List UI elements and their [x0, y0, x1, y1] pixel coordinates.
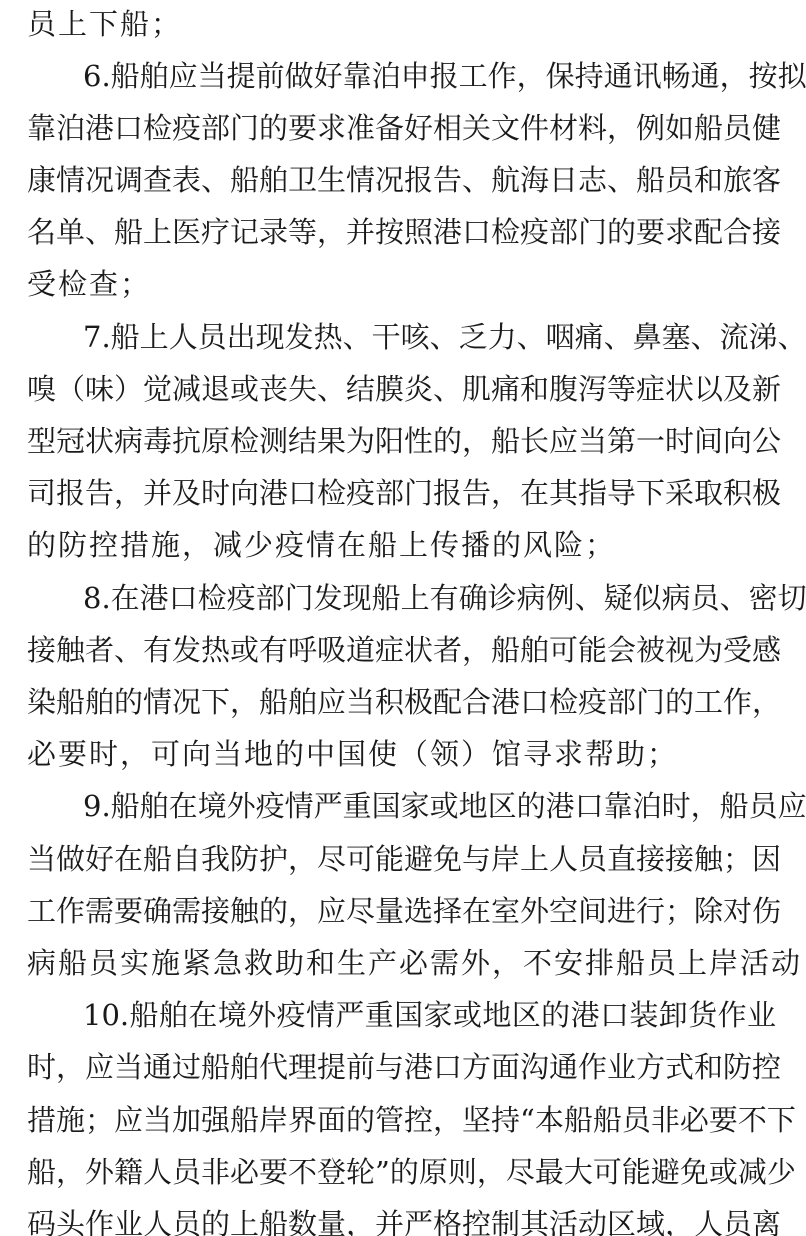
paragraph-8-start: 8.在港口检疫部门发现船上有确诊病例、疑似病员、密切 — [83, 578, 776, 618]
text-line: 病船员实施紧急救助和生产必需外，不安排船员上岸活动； — [27, 943, 776, 983]
text-line: 必要时，可向当地的中国使（领）馆寻求帮助； — [27, 734, 776, 774]
paragraph-7-start: 7.船上人员出现发热、干咳、乏力、咽痛、鼻塞、流涕、 — [83, 317, 776, 357]
text-line: 染船舶的情况下，船舶应当积极配合港口检疫部门的工作， — [27, 682, 776, 722]
text-line: 时，应当通过船舶代理提前与港口方面沟通作业方式和防控 — [27, 1047, 776, 1087]
paragraph-10-start: 10.船舶在境外疫情严重国家或地区的港口装卸货作业 — [83, 995, 776, 1035]
text-line: 靠泊港口检疫部门的要求准备好相关文件材料，例如船员健 — [27, 108, 776, 148]
text-line: 名单、船上医疗记录等，并按照港口检疫部门的要求配合接 — [27, 212, 776, 252]
text-line: 受检查； — [27, 264, 776, 304]
text-line: 工作需要确需接触的，应尽量选择在室外空间进行；除对伤 — [27, 891, 776, 931]
text-line: 当做好在船自我防护，尽可能避免与岸上人员直接接触；因 — [27, 839, 776, 879]
text-line: 船，外籍人员非必要不登轮”的原则，尽最大可能避免或减少 — [27, 1152, 776, 1192]
text-line: 的防控措施，减少疫情在船上传播的风险； — [27, 525, 776, 565]
paragraph-6-start: 6.船舶应当提前做好靠泊申报工作，保持通讯畅通，按拟 — [83, 56, 776, 96]
text-line: 员上下船； — [27, 4, 776, 44]
text-line: 司报告，并及时向港口检疫部门报告，在其指导下采取积极 — [27, 473, 776, 513]
text-line: 康情况调查表、船舶卫生情况报告、航海日志、船员和旅客 — [27, 160, 776, 200]
document-page: 员上下船； 6.船舶应当提前做好靠泊申报工作，保持通讯畅通，按拟 靠泊港口检疫部… — [0, 0, 806, 1236]
paragraph-9-start: 9.船舶在境外疫情严重国家或地区的港口靠泊时，船员应 — [83, 786, 776, 826]
text-line: 措施；应当加强船岸界面的管控，坚持“本船船员非必要不下 — [27, 1100, 776, 1140]
text-line: 接触者、有发热或有呼吸道症状者，船舶可能会被视为受感 — [27, 630, 776, 670]
text-line: 码头作业人员的上船数量，并严格控制其活动区域，人员离 — [27, 1204, 776, 1236]
text-line: 型冠状病毒抗原检测结果为阳性的，船长应当第一时间向公 — [27, 421, 776, 461]
text-line: 嗅（味）觉减退或丧失、结膜炎、肌痛和腹泻等症状以及新 — [27, 369, 776, 409]
